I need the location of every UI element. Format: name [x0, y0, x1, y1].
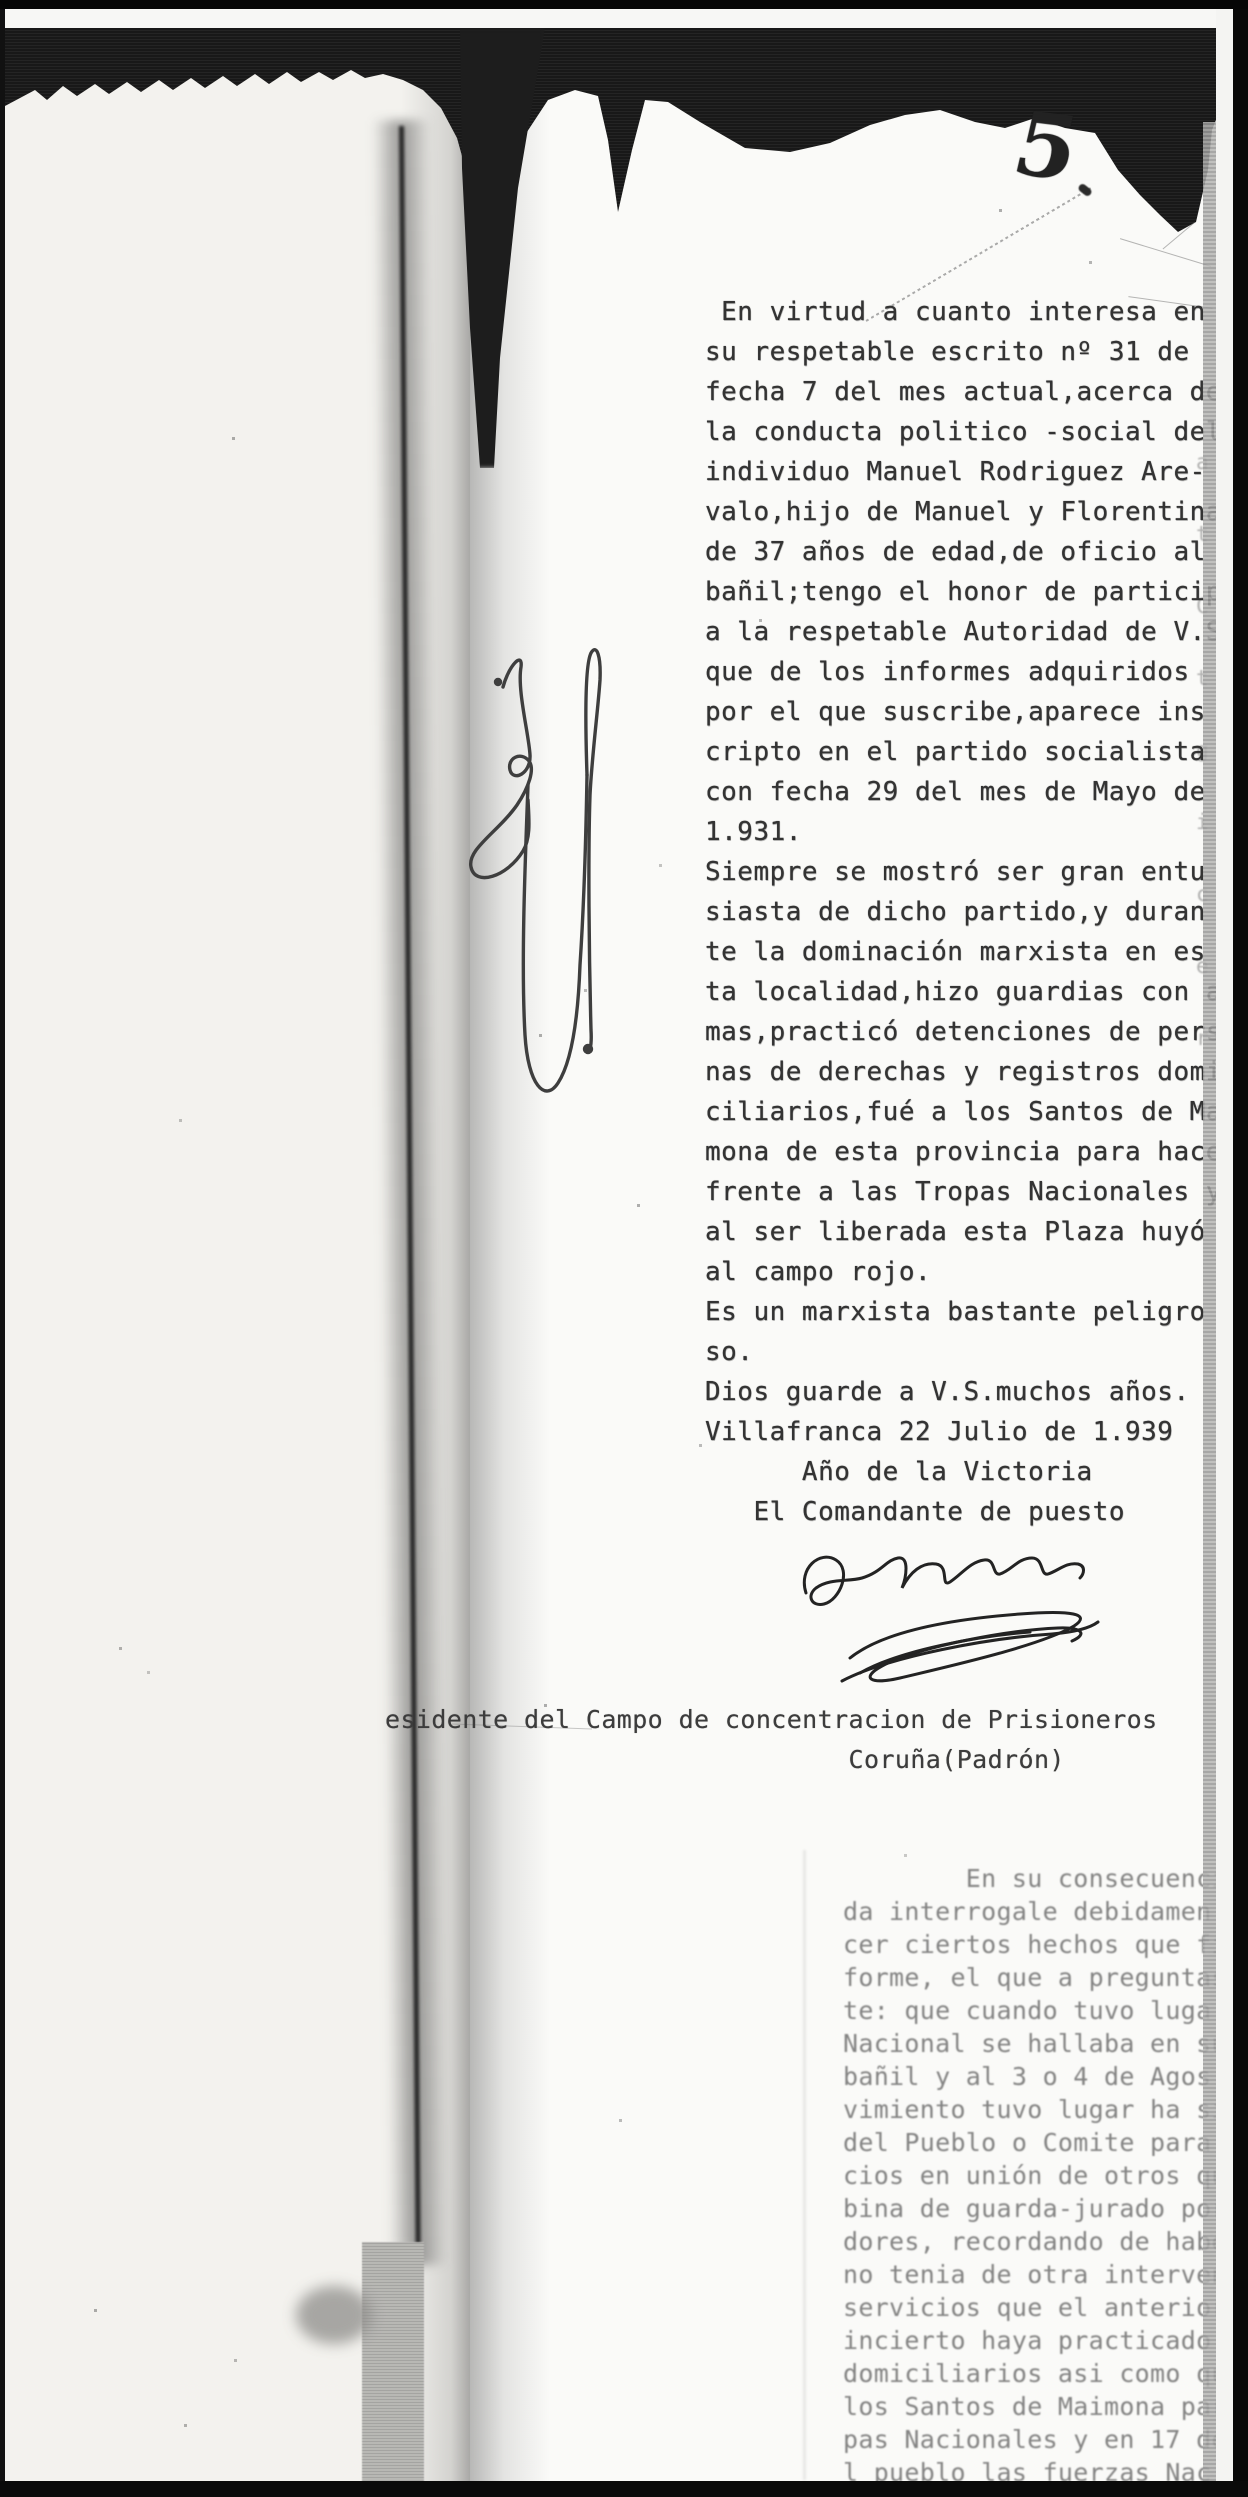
binding-gutter-bottom-band: [362, 2242, 424, 2481]
scanned-document: 5 En virtud a cuanto interesa ensu respe…: [0, 0, 1248, 2497]
gutter-smudge: [296, 2286, 372, 2344]
scanner-left-border: [0, 9, 5, 2497]
signature-autograph: [790, 1538, 1110, 1703]
addressee-line: esidente del Campo de concentracion de P…: [385, 1700, 1158, 1780]
interrogation-fragment: En su consecuencia lada interrogale debi…: [843, 1862, 1248, 2489]
letter-body: En virtud a cuanto interesa ensu respeta…: [705, 292, 1248, 1532]
adjacent-page-edge-strip: [1203, 122, 1216, 2497]
scanner-top-margin: [5, 9, 1233, 28]
scanner-right-margin: [1216, 9, 1233, 2497]
scanner-top-border: [0, 0, 1248, 9]
scanner-bottom-border: [0, 2481, 1248, 2497]
paper-fold-line: [803, 1850, 806, 2480]
scanner-right-border: [1233, 0, 1248, 2497]
autograph-flourish: [455, 635, 605, 1115]
